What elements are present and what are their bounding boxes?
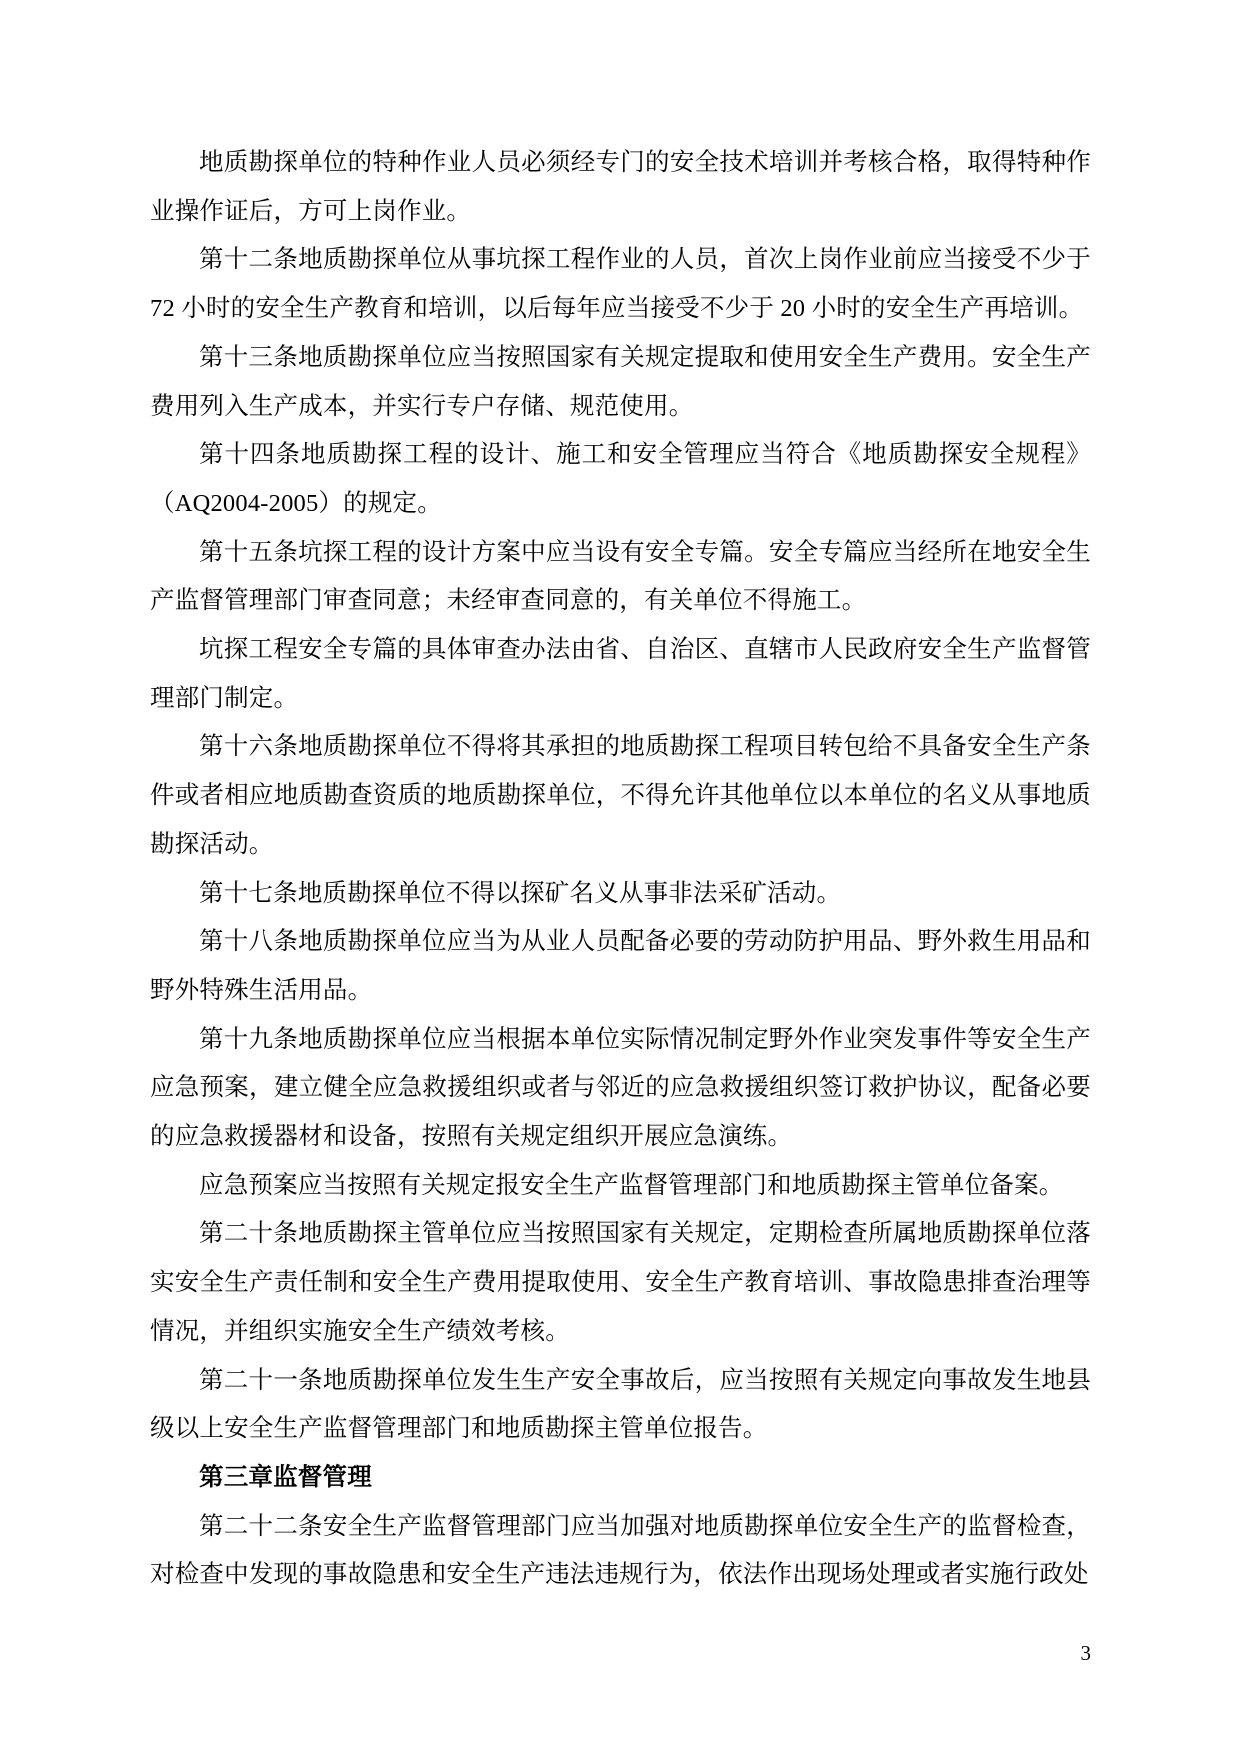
document-body: 地质勘探单位的特种作业人员必须经专门的安全技术培训并考核合格，取得特种作业操作证… [150, 139, 1091, 1600]
page-number: 3 [1081, 1641, 1092, 1665]
paragraph: 坑探工程安全专篇的具体审查办法由省、自治区、直辖市人民政府安全生产监督管理部门制… [150, 626, 1091, 723]
page-footer: 3 [150, 1639, 1091, 1667]
paragraph: 第十四条地质勘探工程的设计、施工和安全管理应当符合《地质勘探安全规程》（AQ20… [150, 431, 1091, 528]
paragraph: 第十七条地质勘探单位不得以探矿名义从事非法采矿活动。 [150, 870, 1091, 919]
paragraph: 地质勘探单位的特种作业人员必须经专门的安全技术培训并考核合格，取得特种作业操作证… [150, 139, 1091, 236]
paragraph: 第十二条地质勘探单位从事坑探工程作业的人员，首次上岗作业前应当接受不少于 72 … [150, 236, 1091, 333]
paragraph: 第十六条地质勘探单位不得将其承担的地质勘探工程项目转包给不具备安全生产条件或者相… [150, 723, 1091, 869]
chapter-heading: 第三章监督管理 [150, 1454, 1091, 1503]
paragraph: 第二十二条安全生产监督管理部门应当加强对地质勘探单位安全生产的监督检查，对检查中… [150, 1503, 1091, 1600]
document-page: 地质勘探单位的特种作业人员必须经专门的安全技术培训并考核合格，取得特种作业操作证… [0, 0, 1241, 1754]
paragraph: 应急预案应当按照有关规定报安全生产监督管理部门和地质勘探主管单位备案。 [150, 1162, 1091, 1211]
paragraph: 第十三条地质勘探单位应当按照国家有关规定提取和使用安全生产费用。安全生产费用列入… [150, 334, 1091, 431]
paragraph: 第十九条地质勘探单位应当根据本单位实际情况制定野外作业突发事件等安全生产应急预案… [150, 1016, 1091, 1162]
paragraph: 第二十条地质勘探主管单位应当按照国家有关规定，定期检查所属地质勘探单位落实安全生… [150, 1210, 1091, 1356]
paragraph: 第十八条地质勘探单位应当为从业人员配备必要的劳动防护用品、野外救生用品和野外特殊… [150, 918, 1091, 1015]
paragraph: 第二十一条地质勘探单位发生生产安全事故后，应当按照有关规定向事故发生地县级以上安… [150, 1357, 1091, 1454]
paragraph: 第十五条坑探工程的设计方案中应当设有安全专篇。安全专篇应当经所在地安全生产监督管… [150, 529, 1091, 626]
